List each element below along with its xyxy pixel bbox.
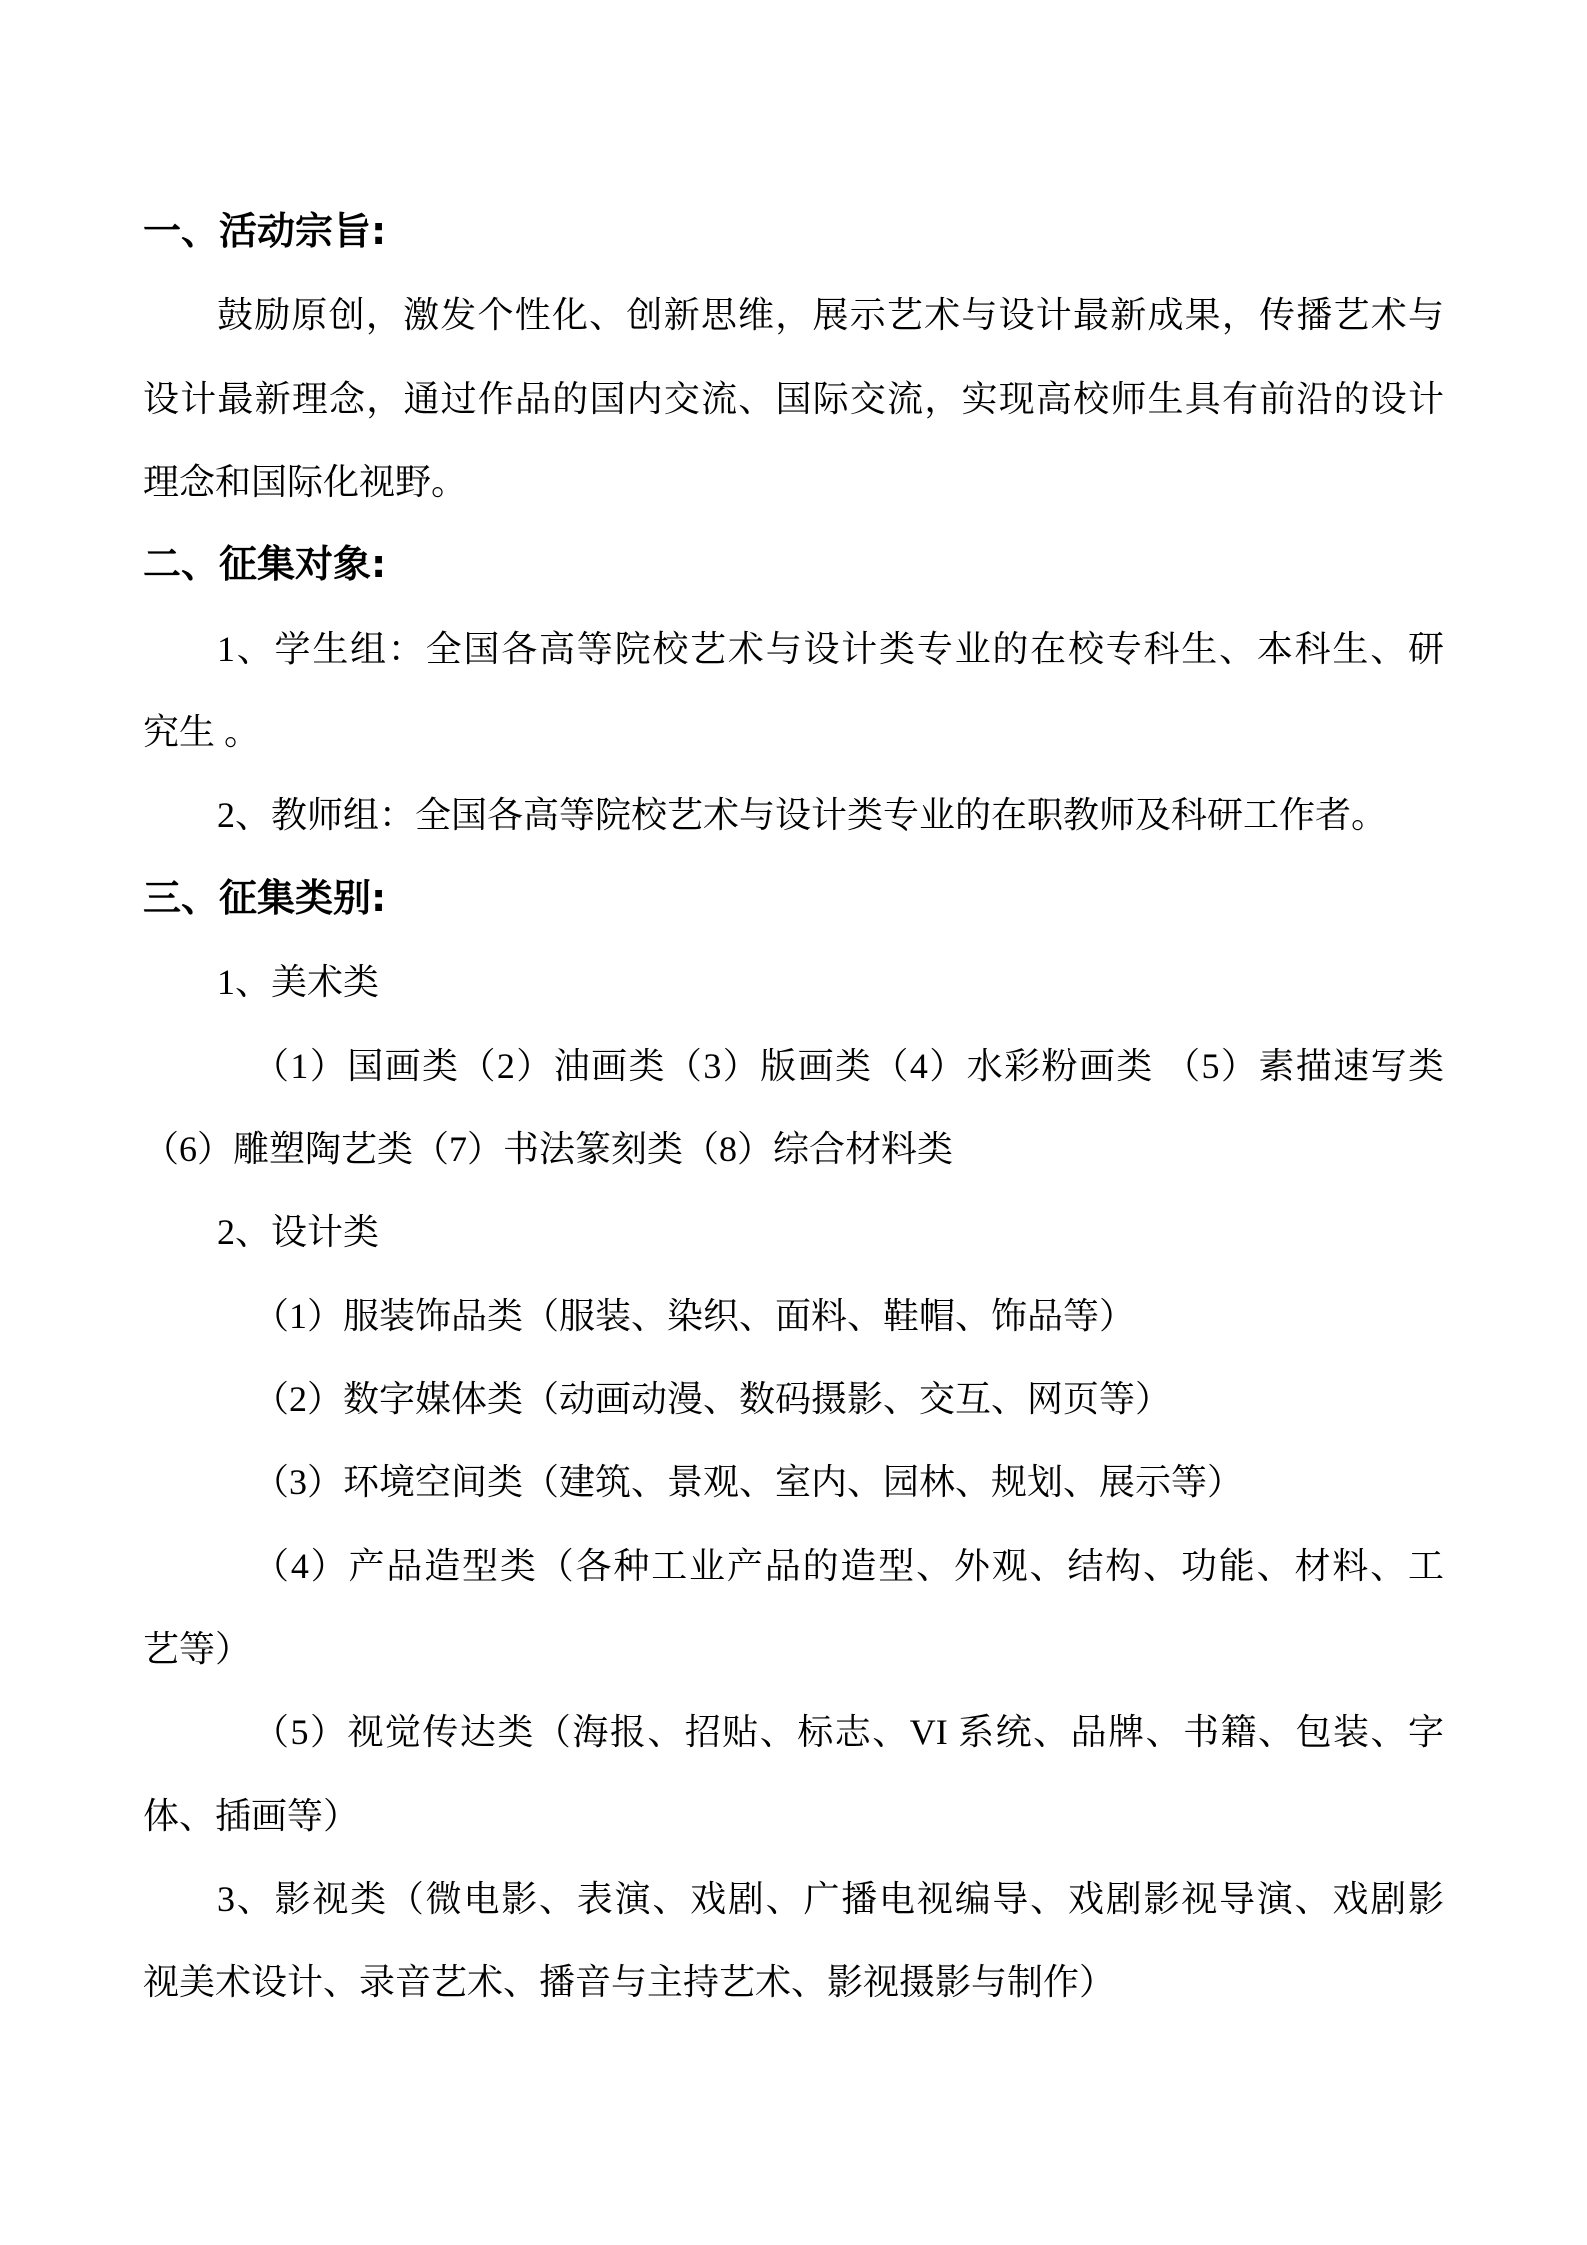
document-page: 一、活动宗旨: 鼓励原创，激发个性化、创新思维，展示艺术与设计最新成果，传播艺术… <box>0 0 1587 2245</box>
section-heading-3: 三、征集类别: <box>143 877 386 921</box>
doc-line: （1）国画类（2）油画类（3）版画类（4）水彩粉画类 （5）素描速写类 <box>253 1046 1444 1087</box>
doc-line: 视美术设计、录音艺术、播音与主持艺术、影视摄影与制作） <box>143 1962 1115 2003</box>
doc-line: 2、教师组：全国各高等院校艺术与设计类专业的在职教师及科研工作者。 <box>217 795 1387 836</box>
doc-line: 艺等） <box>143 1629 251 1670</box>
doc-line: （3）环境空间类（建筑、景观、室内、园林、规划、展示等） <box>253 1462 1243 1503</box>
doc-line: 体、插画等） <box>143 1796 359 1837</box>
doc-line: （2）数字媒体类（动画动漫、数码摄影、交互、网页等） <box>253 1379 1171 1420</box>
doc-line: 2、设计类 <box>217 1212 379 1253</box>
doc-line: 设计最新理念，通过作品的国内交流、国际交流，实现高校师生具有前沿的设计 <box>143 379 1444 420</box>
doc-line: （4）产品造型类（各种工业产品的造型、外观、结构、功能、材料、工 <box>253 1546 1444 1587</box>
doc-line: 究生 。 <box>143 712 260 753</box>
doc-line: （6）雕塑陶艺类（7）书法篆刻类（8）综合材料类 <box>143 1129 953 1170</box>
section-heading-1: 一、活动宗旨: <box>143 210 386 254</box>
section-heading-2: 二、征集对象: <box>143 543 386 587</box>
doc-line: 鼓励原创，激发个性化、创新思维，展示艺术与设计最新成果，传播艺术与 <box>217 295 1444 336</box>
doc-line: 1、学生组：全国各高等院校艺术与设计类专业的在校专科生、本科生、研 <box>217 629 1444 670</box>
doc-line: 1、美术类 <box>217 962 379 1003</box>
doc-line: （5）视觉传达类（海报、招贴、标志、VI 系统、品牌、书籍、包装、字 <box>253 1712 1444 1753</box>
doc-line: 3、影视类（微电影、表演、戏剧、广播电视编导、戏剧影视导演、戏剧影 <box>217 1879 1444 1920</box>
doc-line: 理念和国际化视野。 <box>143 462 467 503</box>
doc-line: （1）服装饰品类（服装、染织、面料、鞋帽、饰品等） <box>253 1296 1135 1337</box>
